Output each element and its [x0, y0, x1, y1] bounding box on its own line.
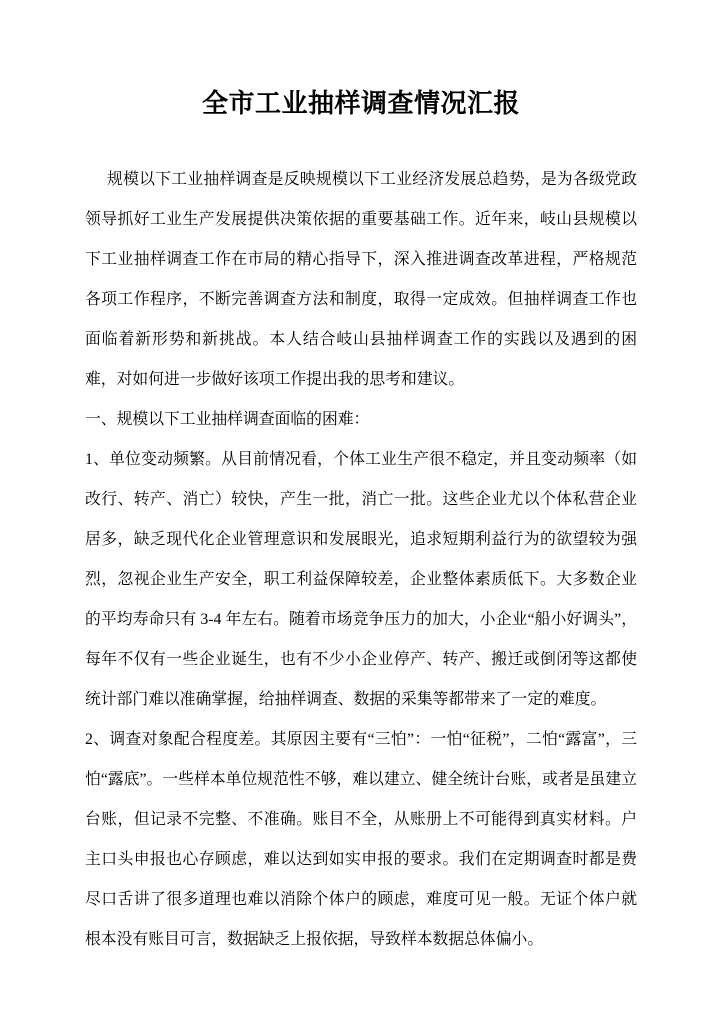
paragraph-item-2: 2、调查对象配合程度差。其原因主要有“三怕”：一怕“征税”，二怕“露富”，三怕“…: [85, 720, 637, 960]
document-page: 全市工业抽样调查情况汇报 规模以下工业抽样调查是反映规模以下工业经济发展总趋势，…: [0, 0, 721, 1020]
document-title: 全市工业抽样调查情况汇报: [85, 88, 637, 120]
heading-difficulties: 一、规模以下工业抽样调查面临的困难：: [85, 400, 637, 440]
document-content: 全市工业抽样调查情况汇报 规模以下工业抽样调查是反映规模以下工业经济发展总趋势，…: [0, 88, 721, 960]
document-body: 规模以下工业抽样调查是反映规模以下工业经济发展总趋势，是为各级党政领导抓好工业生…: [85, 160, 637, 960]
paragraph-intro: 规模以下工业抽样调查是反映规模以下工业经济发展总趋势，是为各级党政领导抓好工业生…: [85, 160, 637, 400]
paragraph-item-1: 1、单位变动频繁。从目前情况看，个体工业生产很不稳定，并且变动频率（如改行、转产…: [85, 440, 637, 720]
